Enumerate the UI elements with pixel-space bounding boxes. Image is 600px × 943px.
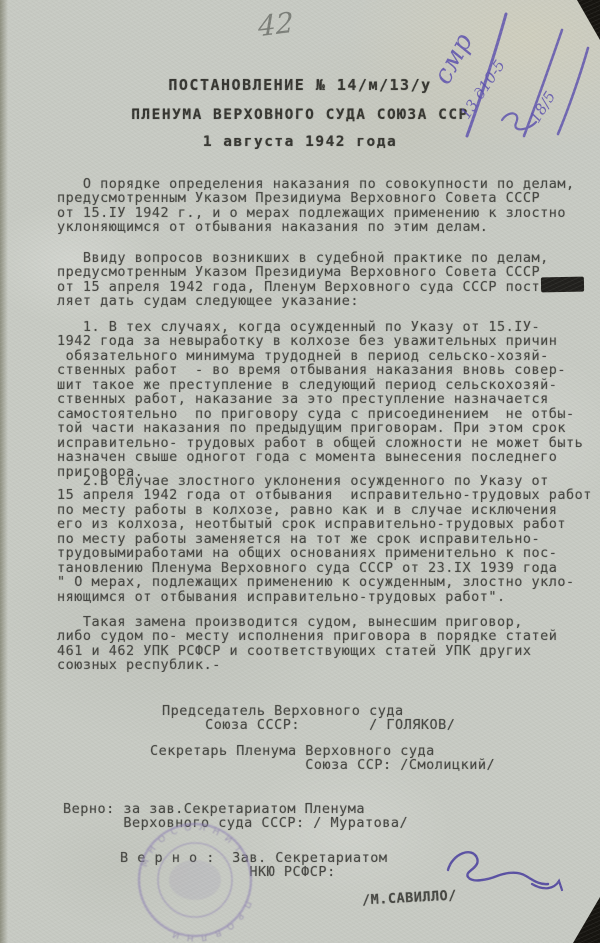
paragraph-item1: 1. В тех случаях, когда осужденный по Ук… <box>57 320 583 479</box>
paragraph-closing: Такая замена производится судом, вынесши… <box>57 615 557 673</box>
svg-text:П Р О В Л Н И: П Р О В Л Н И <box>170 899 253 942</box>
page-number: 42 <box>258 6 294 44</box>
page-corner-bottom-right <box>573 897 600 943</box>
notary-stamp: М Н О С О Л Н И Т П Р О В Л Н И <box>120 818 270 943</box>
handwritten-signature <box>428 840 578 900</box>
redaction-mark <box>541 277 584 293</box>
ink-note-3: 18/5 <box>526 88 559 126</box>
ink-note-1: смр <box>428 28 479 89</box>
signature-secretary: Секретарь Пленума Верховного суда Союза … <box>150 744 495 773</box>
paragraph-preamble: Ввиду вопросов возникших в судебной прак… <box>57 251 575 309</box>
stamp-arc-bottom-text: П Р О В Л Н И <box>170 899 253 942</box>
ink-annotation: смр 13 д10-5 18/5 <box>410 8 600 153</box>
paragraph-item2: 2.В случае злостного уклонения осужденно… <box>57 474 592 604</box>
document-page: 42 ПОСТАНОВЛЕНИЕ № 14/м/13/у ПЛЕНУМА ВЕР… <box>0 0 600 943</box>
paragraph-intro: О порядке определения наказания по совок… <box>57 177 575 235</box>
signature-chairman: Председатель Верховного суда Союза СССР:… <box>162 704 455 733</box>
